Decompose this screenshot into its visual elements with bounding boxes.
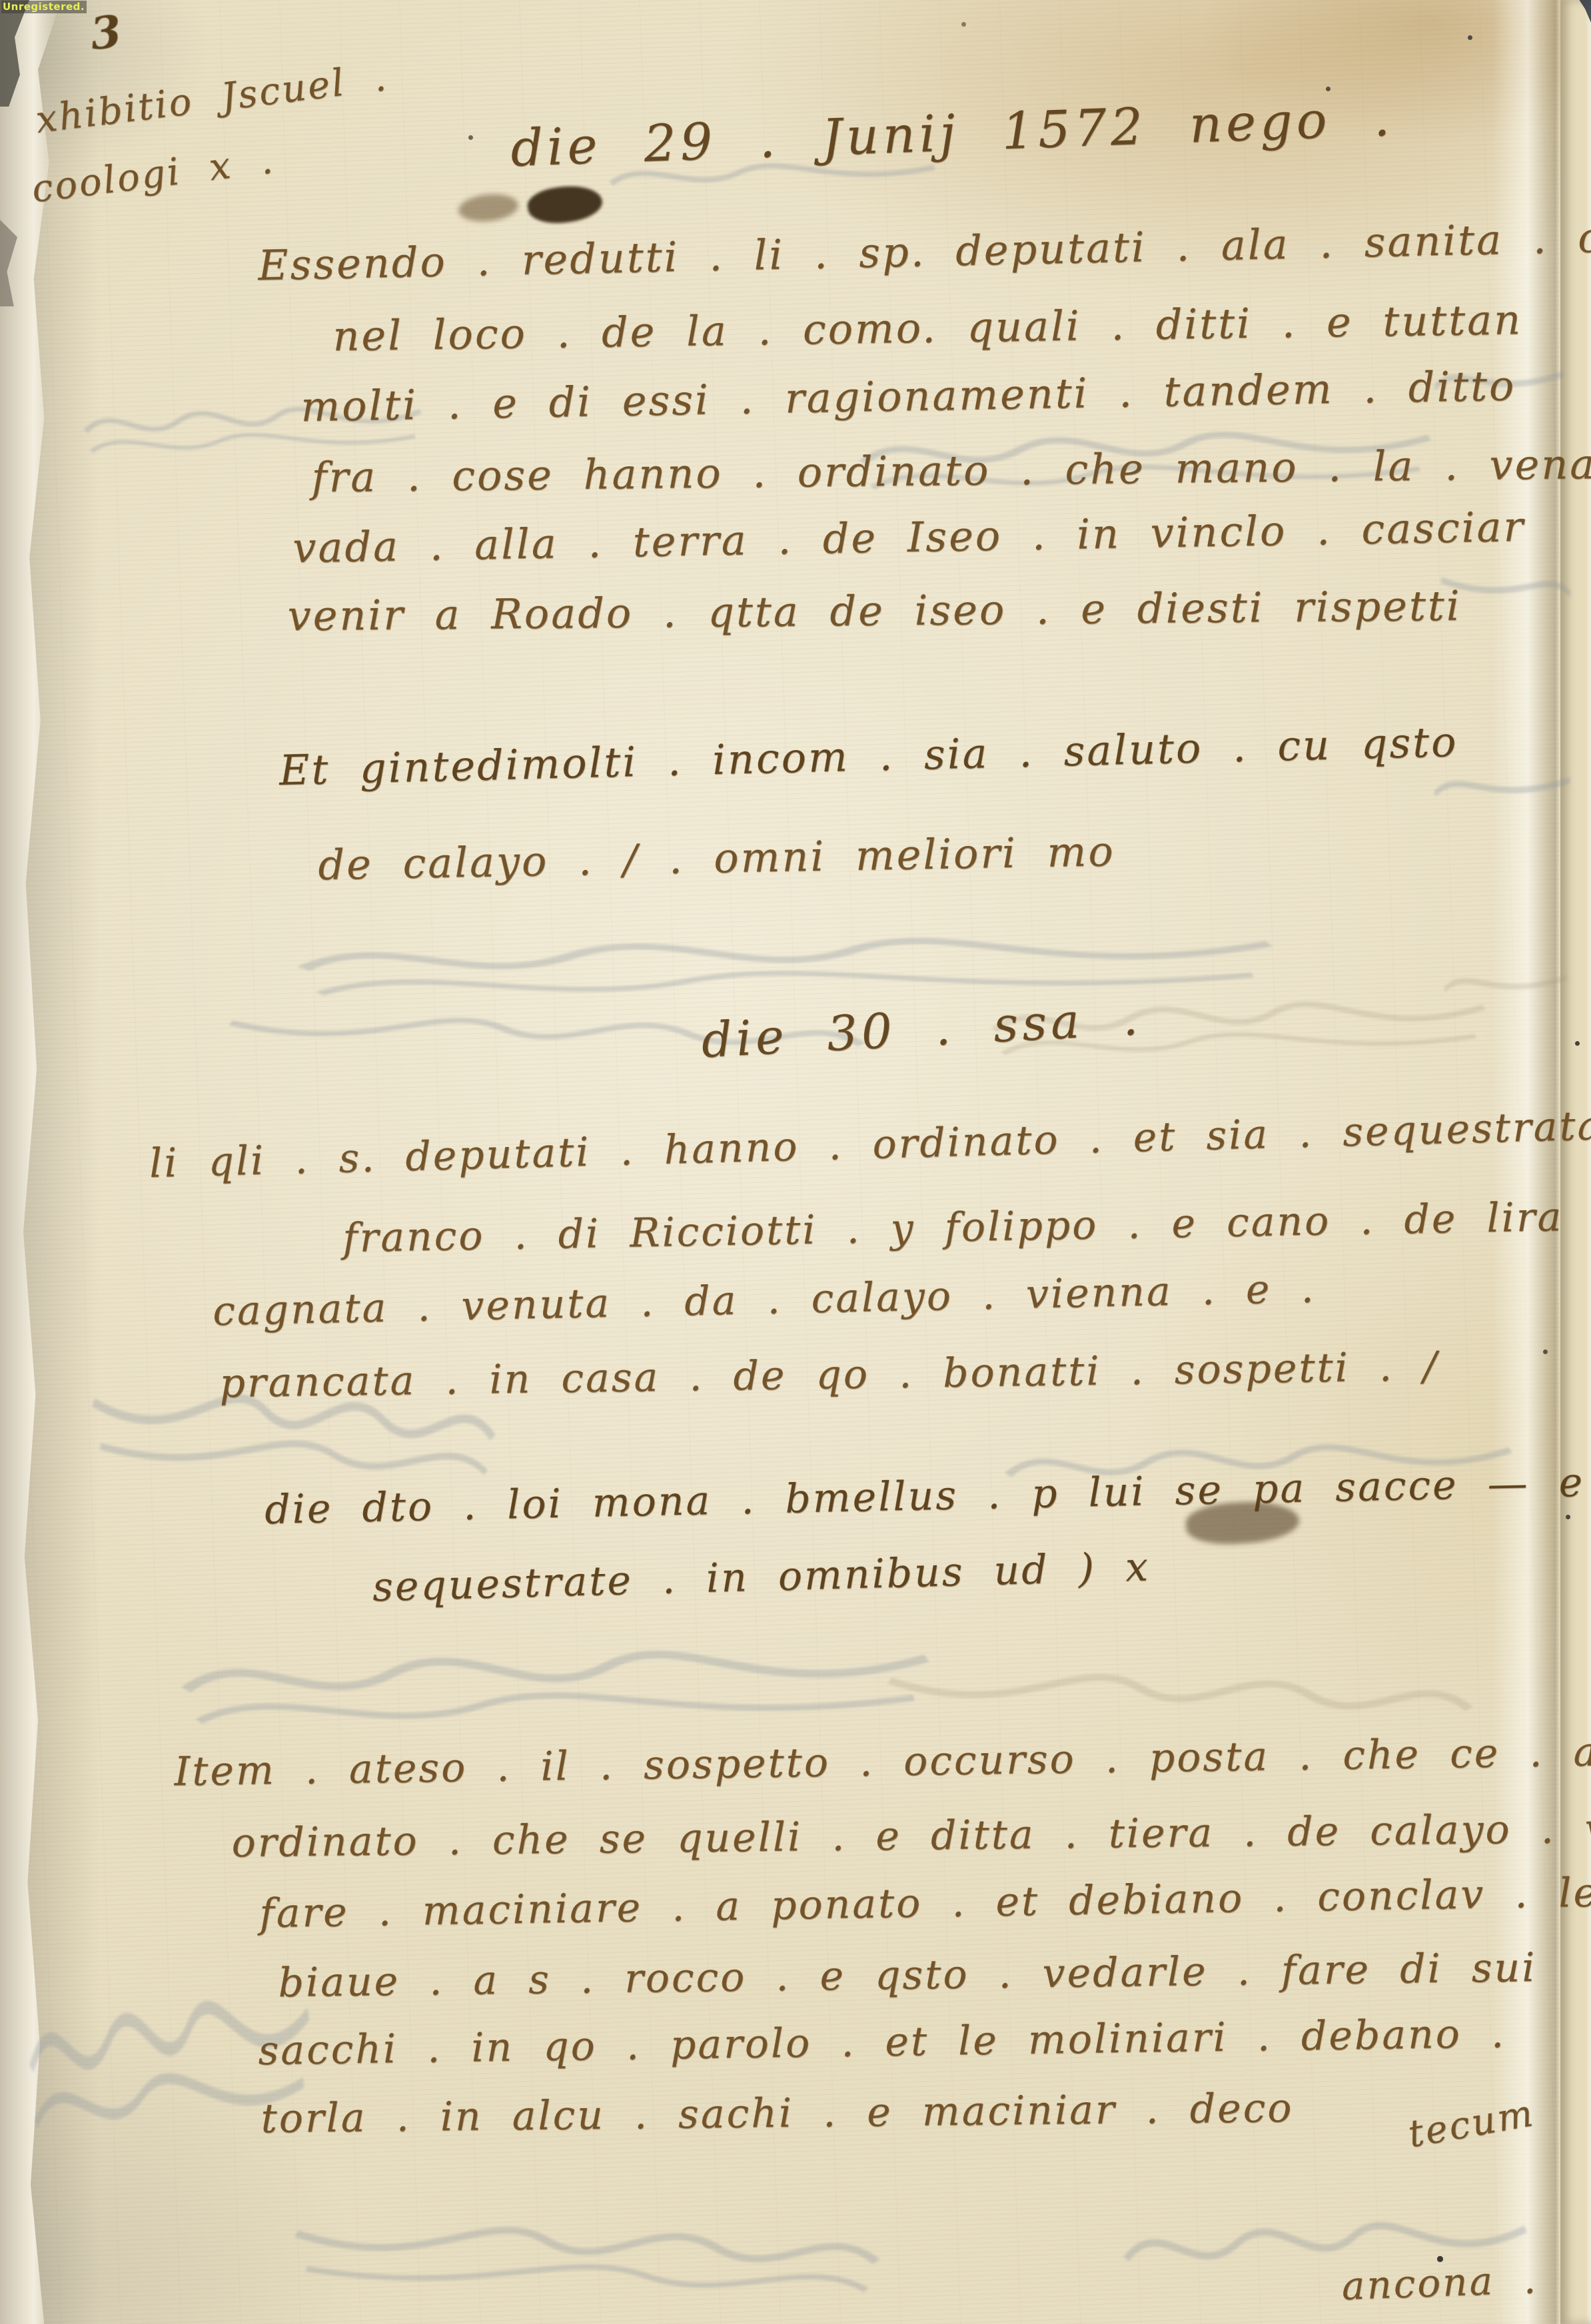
body-line: nel loco . de la . como. quali . ditti .… xyxy=(332,295,1522,360)
body-line: biaue . a s . rocco . e qsto . vedarle .… xyxy=(278,1944,1537,2006)
date-heading: die 29 . Junij 1572 nego . xyxy=(510,88,1394,178)
showthrough-mark xyxy=(286,2198,886,2311)
body-line: Et gintedimolti . incom . sia . saluto .… xyxy=(278,717,1458,795)
folio-number: 3 xyxy=(88,5,124,60)
body-line: sacchi . in qo . parolo . et le moliniar… xyxy=(258,2010,1506,2074)
ink-smudge xyxy=(457,191,520,224)
body-line: li qli . s. deputati . hanno . ordinato … xyxy=(149,1101,1591,1187)
body-line: cagnata . venuta . da . calayo . vienna … xyxy=(213,1265,1317,1335)
body-line: fra . cose hanno . ordinato . che mano .… xyxy=(311,438,1591,502)
scanner-watermark: Unregistered. xyxy=(1,1,87,13)
manuscript-page: Unregistered. 3 xhibitio Jscuel . coolog… xyxy=(0,0,1591,2324)
body-line: franco . di Ricciotti . y folippo . e ca… xyxy=(342,1192,1591,1262)
catchword: ancona . xyxy=(1341,2257,1538,2309)
body-line: Item . ateso . il . sospetto . occurso .… xyxy=(174,1723,1591,1795)
ink-blot xyxy=(526,181,604,227)
body-line: fare . maciniare . a ponato . et debiano… xyxy=(259,1868,1591,1937)
body-line: torla . in alcu . sachi . e maciniar . d… xyxy=(261,2085,1293,2142)
body-line: Essendo . redutti . li . sp. deputati . … xyxy=(257,208,1591,290)
body-line: de calayo . / . omni meliori mo xyxy=(318,827,1115,889)
body-line: sequestrate . in omnibus ud ) x xyxy=(372,1543,1151,1611)
next-page-edge xyxy=(1560,0,1591,2324)
body-line: molti . e di essi . ragionamenti . tande… xyxy=(300,361,1516,431)
body-line: vada . alla . terra . de Iseo . in vincl… xyxy=(292,502,1526,572)
body-line: die dto . loi mona . bmellus . p lui se … xyxy=(265,1459,1585,1533)
body-line: ordinato . che se quelli . e ditta . tie… xyxy=(231,1804,1591,1866)
body-line: prancata . in casa . de qo . bonatti . s… xyxy=(219,1343,1439,1407)
showthrough-mark xyxy=(173,1619,939,1745)
date-heading-secondary: die 30 . ssa . xyxy=(700,989,1143,1068)
body-line: venir a Roado . qtta de iseo . e diesti … xyxy=(287,581,1461,640)
